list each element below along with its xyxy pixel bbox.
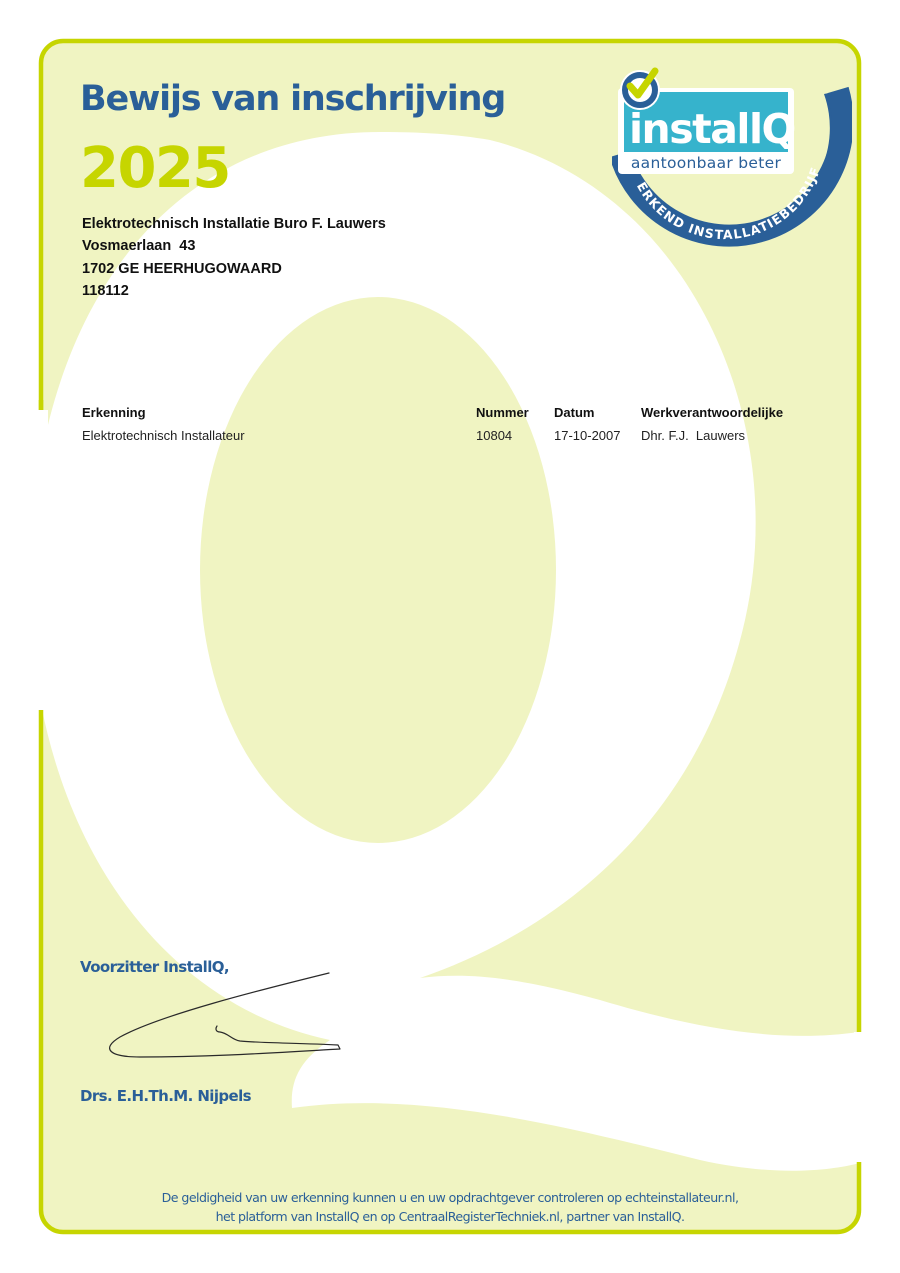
company-address: Elektrotechnisch Installatie Buro F. Lau… — [82, 213, 386, 302]
installq-logo: ERKEND INSTALLATIEBEDRIJF installQ aanto… — [612, 62, 852, 252]
svg-text:installQ: installQ — [629, 105, 795, 153]
column-header-nummer: Nummer — [476, 405, 529, 420]
cell-datum: 17-10-2007 — [554, 428, 621, 443]
certificate-year: 2025 — [80, 141, 230, 197]
check-circle-icon — [620, 70, 660, 110]
brand-prefix: install — [629, 105, 762, 153]
column-header-werkverantwoordelijke: Werkverantwoordelijke — [641, 405, 783, 420]
brand-suffix: Q — [762, 105, 795, 153]
cell-nummer: 10804 — [476, 428, 512, 443]
company-registration-number: 118112 — [82, 280, 386, 302]
company-postal-city: 1702 GE HEERHUGOWAARD — [82, 258, 386, 280]
footer-line-2: het platform van InstallQ en op Centraal… — [40, 1207, 860, 1226]
cell-werkverantwoordelijke: Dhr. F.J. Lauwers — [641, 428, 745, 443]
cell-erkenning: Elektrotechnisch Installateur — [82, 428, 245, 443]
signature-scribble — [100, 965, 360, 1065]
company-name: Elektrotechnisch Installatie Buro F. Lau… — [82, 213, 386, 235]
column-header-erkenning: Erkenning — [82, 405, 146, 420]
arc-text: ERKEND INSTALLATIEBEDRIJF — [634, 164, 823, 242]
page-title: Bewijs van inschrijving — [80, 82, 505, 117]
validity-footer: De geldigheid van uw erkenning kunnen u … — [40, 1188, 860, 1226]
svg-text:ERKEND INSTALLATIEBEDRIJF: ERKEND INSTALLATIEBEDRIJF — [634, 164, 823, 242]
company-street: Vosmaerlaan 43 — [82, 235, 386, 257]
logo-tagline: aantoonbaar beter — [631, 154, 782, 172]
q-watermark-counter — [200, 297, 556, 843]
column-header-datum: Datum — [554, 405, 594, 420]
signatory-name: Drs. E.H.Th.M. Nijpels — [80, 1087, 251, 1105]
footer-line-1: De geldigheid van uw erkenning kunnen u … — [40, 1188, 860, 1207]
